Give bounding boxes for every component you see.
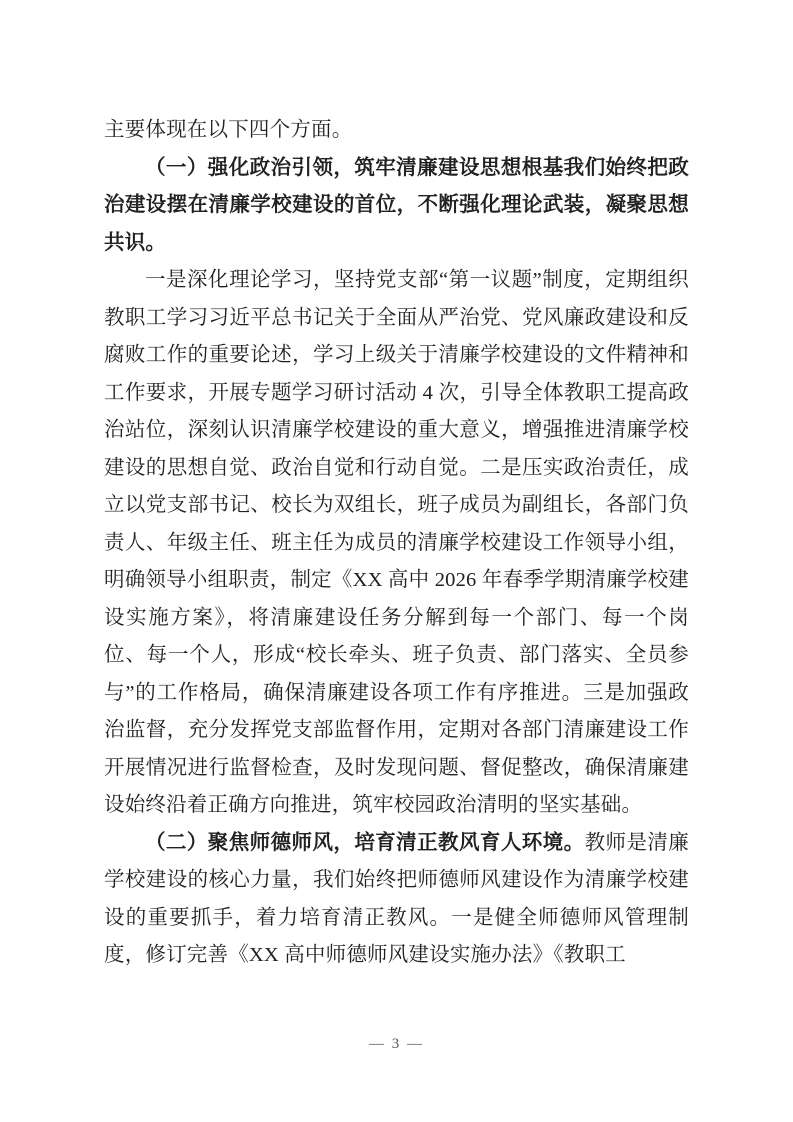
document-page: 主要体现在以下四个方面。（一）强化政治引领，筑牢清廉建设思想根基我们始终把政治建…: [0, 0, 793, 1122]
section-1-heading-paragraph: （一）强化政治引领，筑牢清廉建设思想根基我们始终把政治建设摆在清廉学校建设的首位…: [104, 150, 689, 263]
continuation-paragraph: 主要体现在以下四个方面。: [104, 112, 689, 150]
page-number: — 3 —: [369, 1036, 424, 1052]
section-2-paragraph: （二）聚焦师德师风，培育清正教风育人环境。教师是清廉学校建设的核心力量，我们始终…: [104, 825, 689, 975]
section-1-body-paragraph: 一是深化理论学习，坚持党支部“第一议题”制度，定期组织教职工学习习近平总书记关于…: [104, 262, 689, 825]
page-footer: — 3 —: [0, 1034, 793, 1054]
document-body: 主要体现在以下四个方面。（一）强化政治引领，筑牢清廉建设思想根基我们始终把政治建…: [104, 112, 689, 975]
section-2-paragraph-lead: （二）聚焦师德师风，培育清正教风育人环境。: [145, 832, 585, 854]
